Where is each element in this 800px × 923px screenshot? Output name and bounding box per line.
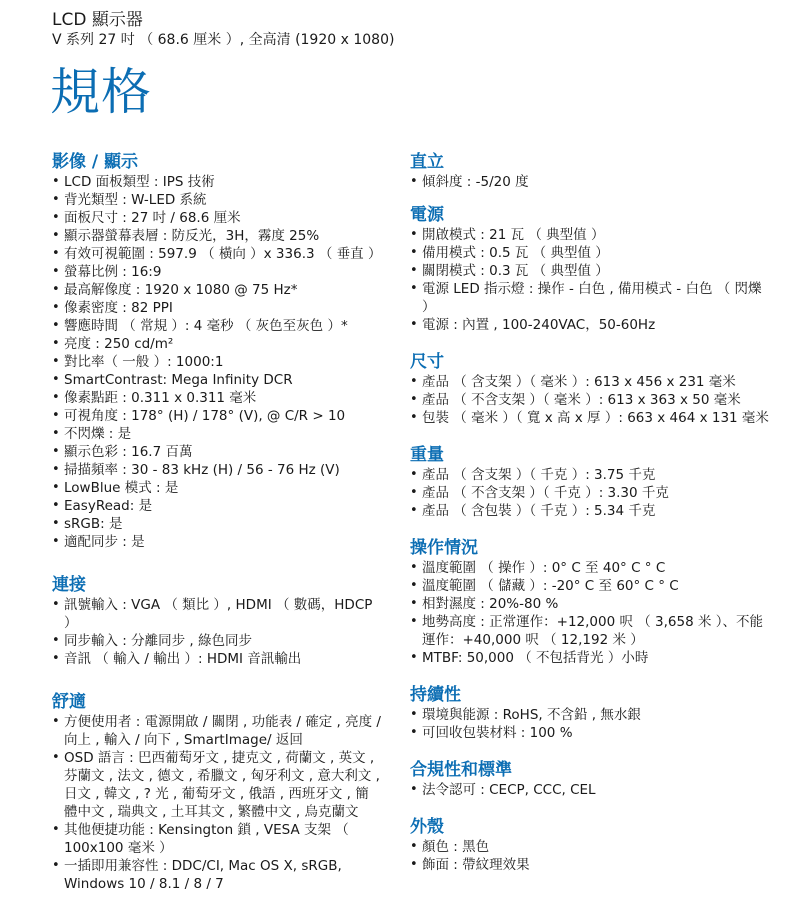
section-operating-conditions: 操作情況 溫度範圍 （ 操作 ）: 0° C 至 40° C ° C 溫度範圍 … (410, 538, 770, 667)
spec-item: 溫度範圍 （ 操作 ）: 0° C 至 40° C ° C (410, 559, 770, 577)
spec-item: 產品 （ 含支架 ）（ 毫米 ）: 613 x 456 x 231 毫米 (410, 373, 770, 391)
spec-item: 可視角度 : 178° (H) / 178° (V), @ C/R > 10 (52, 407, 382, 425)
spec-item: 開啟模式 : 21 瓦 （ 典型值 ） (410, 226, 770, 244)
spec-item: 電源 LED 指示燈 : 操作 - 白色 , 備用模式 - 白色 （ 閃爍 ） (410, 280, 770, 316)
product-name: LCD 顯示器 (52, 10, 394, 31)
spec-item: 像素點距 : 0.311 x 0.311 毫米 (52, 389, 382, 407)
section-title: 直立 (410, 152, 770, 172)
spec-item: 一插即用兼容性 : DDC/CI, Mac OS X, sRGB, Window… (52, 857, 382, 893)
product-subtitle: V 系列 27 吋 （ 68.6 厘米 ）, 全高清 (1920 x 1080) (52, 31, 394, 49)
spec-list: 溫度範圍 （ 操作 ）: 0° C 至 40° C ° C 溫度範圍 （ 儲藏 … (410, 559, 770, 667)
spec-item: 產品 （ 含支架 ）（ 千克 ）: 3.75 千克 (410, 466, 770, 484)
spec-item: 不閃爍 : 是 (52, 425, 382, 443)
spec-list: 傾斜度 : -5/20 度 (410, 173, 770, 191)
section-picture-display: 影像 / 顯示 LCD 面板類型 : IPS 技術 背光類型 : W-LED 系… (52, 152, 382, 551)
spec-item: OSD 語言 : 巴西葡萄牙文 , 捷克文 , 荷蘭文 , 英文 , 芬蘭文 ,… (52, 749, 382, 821)
spec-list: 產品 （ 含支架 ）（ 毫米 ）: 613 x 456 x 231 毫米 產品 … (410, 373, 770, 427)
spec-item: 有效可視範圍 : 597.9 （ 橫向 ）x 336.3 （ 垂直 ） (52, 245, 382, 263)
spec-item: 亮度 : 250 cd/m² (52, 335, 382, 353)
spec-item: 傾斜度 : -5/20 度 (410, 173, 770, 191)
section-sustainability: 持續性 環境與能源 : RoHS, 不含鉛 , 無水銀 可回收包裝材料 : 10… (410, 685, 770, 742)
spec-item: 響應時間 （ 常規 ）: 4 毫秒 （ 灰色至灰色 ）* (52, 317, 382, 335)
section-title: 外殼 (410, 817, 770, 837)
spec-item: MTBF: 50,000 （ 不包括背光 ）小時 (410, 649, 770, 667)
section-title: 影像 / 顯示 (52, 152, 382, 172)
spec-item: 面板尺寸 : 27 吋 / 68.6 厘米 (52, 209, 382, 227)
spec-item: 產品 （ 不含支架 ）（ 毫米 ）: 613 x 363 x 50 毫米 (410, 391, 770, 409)
spec-item: 溫度範圍 （ 儲藏 ）: -20° C 至 60° C ° C (410, 577, 770, 595)
spec-item: 背光類型 : W-LED 系統 (52, 191, 382, 209)
spec-item: 顯示器螢幕表層 : 防反光，3H，霧度 25% (52, 227, 382, 245)
section-stand: 直立 傾斜度 : -5/20 度 (410, 152, 770, 191)
spec-list: 開啟模式 : 21 瓦 （ 典型值 ） 備用模式 : 0.5 瓦 （ 典型值 ）… (410, 226, 770, 334)
spec-item: 螢幕比例 : 16:9 (52, 263, 382, 281)
spec-item: 關閉模式 : 0.3 瓦 （ 典型值 ） (410, 262, 770, 280)
spec-item: LCD 面板類型 : IPS 技術 (52, 173, 382, 191)
spec-item: 掃描頻率 : 30 - 83 kHz (H) / 56 - 76 Hz (V) (52, 461, 382, 479)
spec-item: 備用模式 : 0.5 瓦 （ 典型值 ） (410, 244, 770, 262)
spec-list: 方便使用者 : 電源開啟 / 關閉 , 功能表 / 確定 , 亮度 / 向上 ,… (52, 713, 382, 893)
section-connectivity: 連接 訊號輸入 : VGA （ 類比 ）, HDMI （ 數碼，HDCP ） 同… (52, 575, 382, 668)
section-title: 操作情況 (410, 538, 770, 558)
spec-item: 同步輸入 : 分離同步 , 綠色同步 (52, 632, 382, 650)
section-title: 連接 (52, 575, 382, 595)
spec-item: 飾面 : 帶紋理效果 (410, 856, 770, 874)
spec-item: 產品 （ 不含支架 ）（ 千克 ）: 3.30 千克 (410, 484, 770, 502)
section-power: 電源 開啟模式 : 21 瓦 （ 典型值 ） 備用模式 : 0.5 瓦 （ 典型… (410, 205, 770, 334)
document-header: LCD 顯示器 V 系列 27 吋 （ 68.6 厘米 ）, 全高清 (1920… (52, 10, 394, 49)
spec-item: 適配同步 : 是 (52, 533, 382, 551)
spec-item: 其他便捷功能 : Kensington 鎖 , VESA 支架 （ 100x10… (52, 821, 382, 857)
spec-item: 音訊 （ 輸入 / 輸出 ）: HDMI 音訊輸出 (52, 650, 382, 668)
spec-item: 產品 （ 含包裝 ）（ 千克 ）: 5.34 千克 (410, 502, 770, 520)
spec-list: 訊號輸入 : VGA （ 類比 ）, HDMI （ 數碼，HDCP ） 同步輸入… (52, 596, 382, 668)
spec-item: 包裝 （ 毫米 ）（ 寬 x 高 x 厚 ）: 663 x 464 x 131 … (410, 409, 770, 427)
spec-item: 相對濕度 : 20%-80 % (410, 595, 770, 613)
section-title: 尺寸 (410, 352, 770, 372)
right-column: 直立 傾斜度 : -5/20 度 電源 開啟模式 : 21 瓦 （ 典型值 ） … (410, 152, 770, 874)
spec-item: 電源 : 內置 , 100-240VAC，50-60Hz (410, 316, 770, 334)
section-title: 重量 (410, 445, 770, 465)
spec-item: LowBlue 模式 : 是 (52, 479, 382, 497)
section-cabinet: 外殼 顏色 : 黑色 飾面 : 帶紋理效果 (410, 817, 770, 874)
spec-item: 顏色 : 黑色 (410, 838, 770, 856)
spec-item: 訊號輸入 : VGA （ 類比 ）, HDMI （ 數碼，HDCP ） (52, 596, 382, 632)
spec-item: 最高解像度 : 1920 x 1080 @ 75 Hz* (52, 281, 382, 299)
spec-list: 法令認可 : CECP, CCC, CEL (410, 781, 770, 799)
spec-item: 對比率（ 一般 ）: 1000:1 (52, 353, 382, 371)
section-compliance: 合規性和標準 法令認可 : CECP, CCC, CEL (410, 760, 770, 799)
section-dimensions: 尺寸 產品 （ 含支架 ）（ 毫米 ）: 613 x 456 x 231 毫米 … (410, 352, 770, 427)
section-title: 舒適 (52, 692, 382, 712)
page-title: 規格 (50, 62, 152, 122)
section-title: 持續性 (410, 685, 770, 705)
spec-item: 環境與能源 : RoHS, 不含鉛 , 無水銀 (410, 706, 770, 724)
spec-item: sRGB: 是 (52, 515, 382, 533)
spec-list: 環境與能源 : RoHS, 不含鉛 , 無水銀 可回收包裝材料 : 100 % (410, 706, 770, 742)
section-weight: 重量 產品 （ 含支架 ）（ 千克 ）: 3.75 千克 產品 （ 不含支架 ）… (410, 445, 770, 520)
spec-item: 可回收包裝材料 : 100 % (410, 724, 770, 742)
spec-item: 像素密度 : 82 PPI (52, 299, 382, 317)
spec-item: 方便使用者 : 電源開啟 / 關閉 , 功能表 / 確定 , 亮度 / 向上 ,… (52, 713, 382, 749)
section-convenience: 舒適 方便使用者 : 電源開啟 / 關閉 , 功能表 / 確定 , 亮度 / 向… (52, 692, 382, 893)
spec-item: 法令認可 : CECP, CCC, CEL (410, 781, 770, 799)
spec-item: 地勢高度 : 正常運作：+12,000 呎 （ 3,658 米 ）、不能運作：+… (410, 613, 770, 649)
spec-list: 產品 （ 含支架 ）（ 千克 ）: 3.75 千克 產品 （ 不含支架 ）（ 千… (410, 466, 770, 520)
spec-list: LCD 面板類型 : IPS 技術 背光類型 : W-LED 系統 面板尺寸 :… (52, 173, 382, 551)
section-title: 合規性和標準 (410, 760, 770, 780)
spec-item: SmartContrast: Mega Infinity DCR (52, 371, 382, 389)
section-title: 電源 (410, 205, 770, 225)
spec-item: 顯示色彩 : 16.7 百萬 (52, 443, 382, 461)
spec-item: EasyRead: 是 (52, 497, 382, 515)
left-column: 影像 / 顯示 LCD 面板類型 : IPS 技術 背光類型 : W-LED 系… (52, 152, 382, 893)
spec-list: 顏色 : 黑色 飾面 : 帶紋理效果 (410, 838, 770, 874)
